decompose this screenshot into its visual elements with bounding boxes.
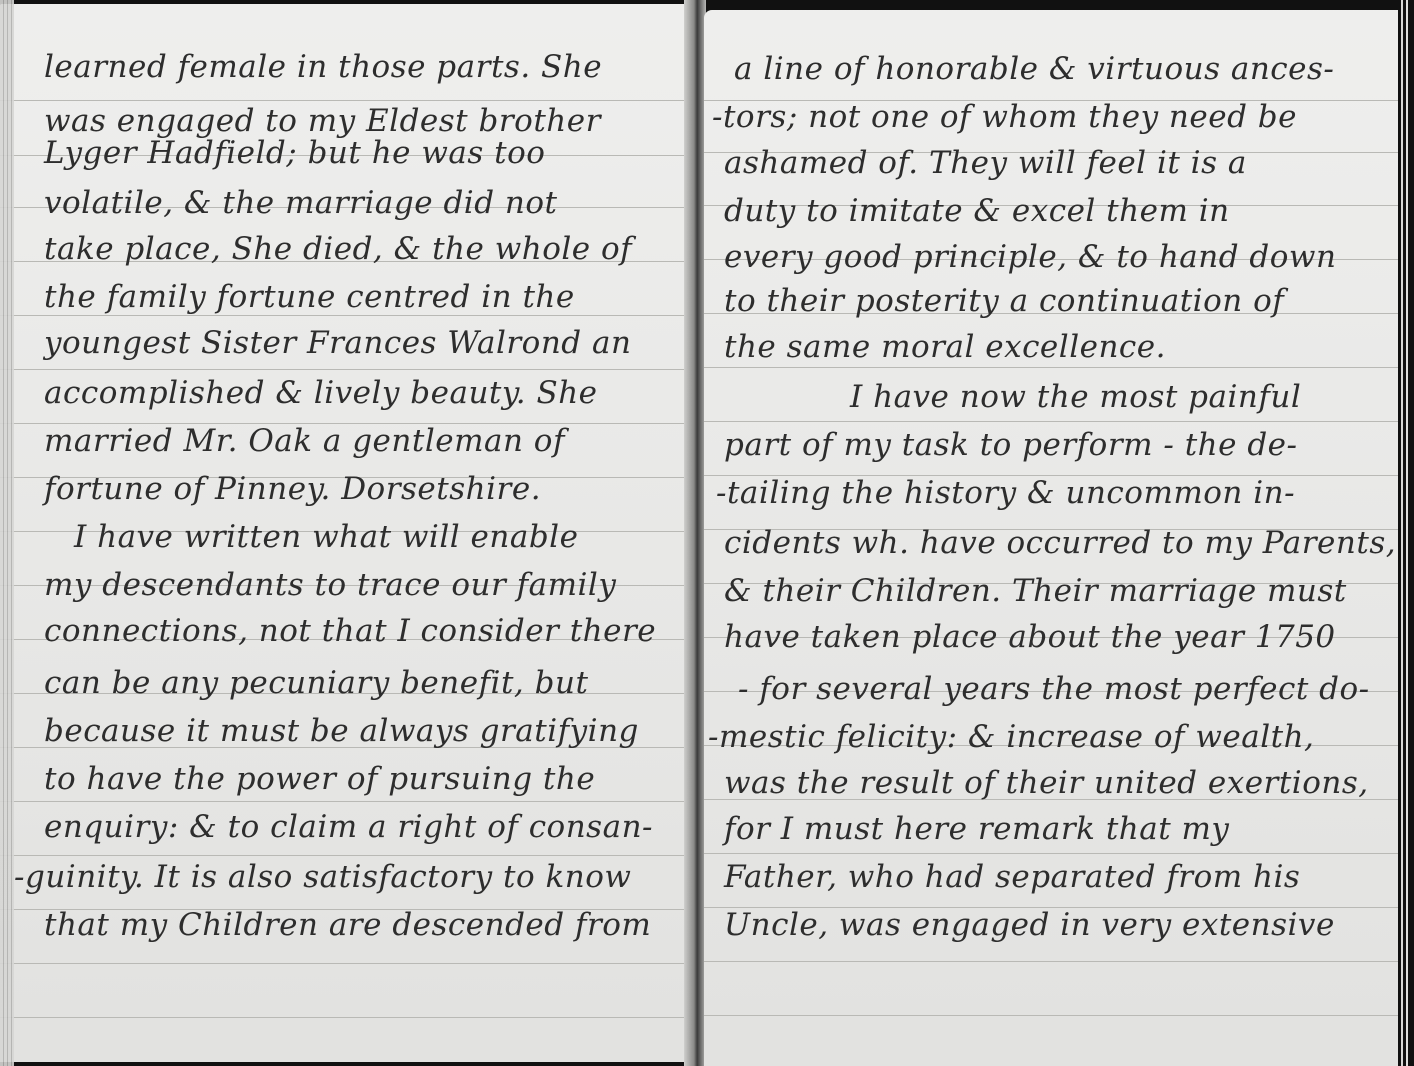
- text-line: youngest Sister Frances Walrond an: [44, 328, 631, 359]
- left-page: learned female in those parts. She was e…: [0, 4, 690, 1062]
- text-line: & their Children. Their marriage must: [724, 576, 1347, 607]
- text-line: accomplished & lively beauty. She: [44, 378, 598, 409]
- text-line: to their posterity a continuation of: [724, 286, 1284, 317]
- text-line: -guinity. It is also satisfactory to kno…: [14, 862, 631, 893]
- text-line: can be any pecuniary benefit, but: [44, 668, 588, 699]
- ruled-line: [704, 961, 1400, 962]
- text-line: -mestic felicity: & increase of wealth,: [708, 722, 1314, 753]
- text-line: the family fortune centred in the: [44, 282, 575, 313]
- book-gutter: [684, 0, 706, 1066]
- page-edge-right: [1398, 0, 1414, 1066]
- ruled-line: [0, 855, 690, 856]
- ruled-line: [0, 801, 690, 802]
- ruled-line: [704, 421, 1400, 422]
- text-line: that my Children are descended from: [44, 910, 651, 941]
- ruled-line: [0, 963, 690, 964]
- ruled-line: [0, 1017, 690, 1018]
- text-line: -tors; not one of whom they need be: [712, 102, 1297, 133]
- text-line: - for several years the most perfect do-: [738, 674, 1370, 705]
- text-line: learned female in those parts. She: [44, 52, 602, 83]
- text-line: married Mr. Oak a gentleman of: [44, 426, 565, 457]
- text-line: part of my task to perform - the de-: [724, 430, 1298, 461]
- page-edge-left: [0, 0, 14, 1066]
- text-line: ashamed of. They will feel it is a: [724, 148, 1247, 179]
- text-line: to have the power of pursuing the: [44, 764, 595, 795]
- text-line: because it must be always gratifying: [44, 716, 639, 747]
- text-line: connections, not that I consider there: [44, 616, 656, 647]
- text-line: the same moral excellence.: [724, 332, 1166, 363]
- text-line: have taken place about the year 1750: [724, 622, 1336, 653]
- text-line: every good principle, & to hand down: [724, 242, 1336, 273]
- ruled-line: [704, 853, 1400, 854]
- text-line: enquiry: & to claim a right of consan-: [44, 812, 653, 843]
- text-line: -tailing the history & uncommon in-: [716, 478, 1295, 509]
- text-line: Father, who had separated from his: [724, 862, 1300, 893]
- text-line-indented: I have now the most painful: [850, 382, 1301, 413]
- notebook-spread: learned female in those parts. She was e…: [0, 0, 1414, 1066]
- text-line: volatile, & the marriage did not: [44, 188, 557, 219]
- ruled-line: [704, 367, 1400, 368]
- ruled-line: [0, 369, 690, 370]
- right-page: a line of honorable & virtuous ances- -t…: [704, 10, 1400, 1066]
- text-line: fortune of Pinney. Dorsetshire.: [44, 474, 541, 505]
- ruled-line: [0, 100, 690, 101]
- text-line: Lyger Hadfield; but he was too: [44, 138, 545, 169]
- text-line: was engaged to my Eldest brother: [44, 106, 601, 137]
- text-line: my descendants to trace our family: [44, 570, 616, 601]
- text-line-indented: I have written what will enable: [74, 522, 578, 553]
- text-line: a line of honorable & virtuous ances-: [734, 54, 1334, 85]
- text-line: for I must here remark that my: [724, 814, 1229, 845]
- ruled-line: [704, 1015, 1400, 1016]
- text-line: cidents wh. have occurred to my Parents,: [724, 528, 1396, 559]
- text-line: take place, She died, & the whole of: [44, 234, 632, 265]
- text-line: duty to imitate & excel them in: [724, 196, 1230, 227]
- text-line: Uncle, was engaged in very extensive: [724, 910, 1335, 941]
- ruled-line: [0, 315, 690, 316]
- text-line: was the result of their united exertions…: [724, 768, 1369, 799]
